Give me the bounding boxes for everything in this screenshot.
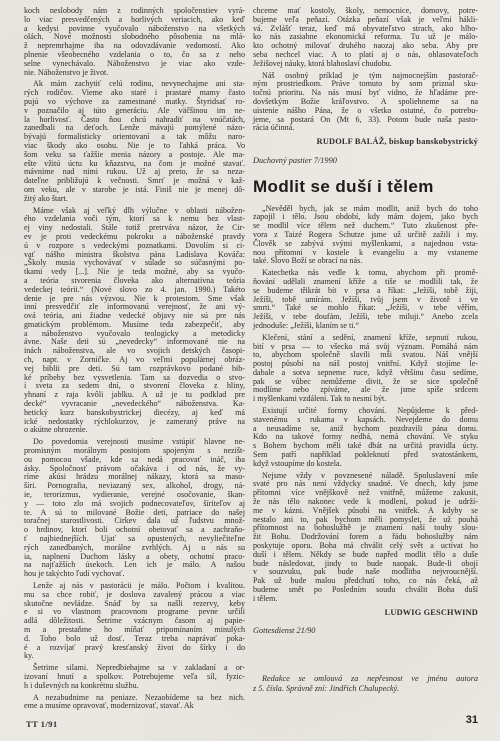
text-line: i tělem. (253, 595, 478, 604)
text-line: o akútne ohrozenie. (24, 426, 245, 435)
paragraph: Máme však aj veľký dlh výlučne v oblasti… (24, 207, 245, 436)
left-text-column: koch neslobody nám z rodinných spoločens… (24, 7, 245, 711)
paragraph: Redakce se omlouvá za nepřesnost ve jmén… (253, 674, 478, 693)
author-signature-rudolf-balaz: RUDOLF BALÁŽ, biskup banskobystrický (253, 138, 478, 147)
text-line: jednoduše: „Ježíši, klaním se ti.“ (253, 322, 478, 331)
issue-label: TT 1/91 (26, 719, 58, 729)
paragraph: Existují určité formy chování. Nepůjdeme… (253, 407, 478, 469)
text-line: budeme smět po Posledním soudu chválit B… (253, 586, 478, 595)
paragraph: koch neslobody nám z rodinných spoločens… (24, 7, 245, 77)
text-line: žitý ako štart. (24, 195, 245, 204)
erratum-note: Redakce se omlouvá za nepřesnost ve jmén… (253, 674, 478, 693)
text-line: Ježišovej náuky, ktorá blahoslaví chudob… (253, 60, 478, 69)
paragraph: Šetrime silami. Nepredbiehajme sa v zakl… (24, 664, 245, 690)
paragraph: A nezabudnime na peniaze. Nezaobídeme sa… (24, 694, 245, 712)
text-line: eme a musíme opravovať, modernizovať, st… (24, 702, 245, 711)
paragraph: Klečení, stání a sedění, znamení kříže, … (253, 334, 478, 404)
paragraph: Ak mám zachytiť celú rodinu, nevynechajm… (24, 80, 245, 203)
paragraph: chceme mať kostoly, školy, nemocnice, do… (253, 7, 478, 69)
right-text-column: chceme mať kostoly, školy, nemocnice, do… (253, 7, 478, 693)
paragraph: Náš osobný príklad je tým najmocnejším p… (253, 72, 478, 134)
text-line: z 5. čísla. Správně zní: Jindřich Chalup… (253, 684, 478, 694)
text-line: rácia účinná. (253, 124, 478, 133)
source-citation-gottesdienst: Gottesdienst 21/90 (253, 627, 478, 636)
page-number: 31 (466, 714, 478, 726)
author-signature-ludwig-geschwind: LUDWIG GESCHWIND (253, 609, 478, 618)
text-line: Redakce se omlouvá za nepřesnost ve jmén… (253, 674, 478, 684)
paragraph: Do povedomia verejnosti musíme vstúpiť h… (24, 438, 245, 579)
article2-body: „Nevěděl bych, jak se mám modlit, aniž b… (253, 205, 478, 604)
article1-ending-body: chceme mať kostoly, školy, nemocnice, do… (253, 7, 478, 133)
text-line: h i duševných na konkrétnu službu. (24, 682, 245, 691)
article-title: Modlit se duší i tělem (253, 183, 478, 192)
text-line: když vstoupíme do kostela. (253, 460, 478, 469)
text-line: ky. (24, 652, 245, 661)
source-citation-duchovny-pastier: Duchovný pastier 7/1990 (253, 157, 478, 166)
text-line: i myšlenkami vzdáleni. Tak to nesmí být. (253, 395, 478, 404)
paragraph: Katechetka nás vedle k tomu, abychom při… (253, 269, 478, 331)
scanned-magazine-page: koch neslobody nám z rodinných spoločens… (0, 0, 500, 741)
paragraph: „Nevěděl bych, jak se mám modlit, aniž b… (253, 205, 478, 267)
text-line: hou je takýchto ľudí vychovať. (24, 570, 245, 579)
text-line: é a rozvíjať pravý kresťanský život do š… (24, 644, 245, 653)
paragraph: Lenže aj nás v pastorácii je málo. Počto… (24, 582, 245, 661)
text-line: také. Slovo Boží se obrací na nás. (253, 257, 478, 266)
text-line: nie. Náboženstvo je život. (24, 69, 245, 78)
paragraph: Nejsme vždy v povznesené náladě. Spolusl… (253, 472, 478, 604)
